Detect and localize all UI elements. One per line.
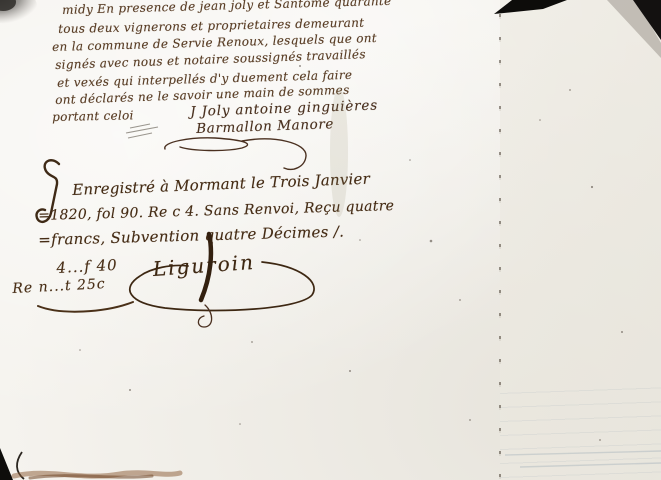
smudge-top-left (0, 0, 37, 24)
flourish-paraph (165, 138, 306, 169)
manuscript-scan: midy En presence de jean joly et Santome… (0, 0, 661, 480)
flourish-margin-underline (38, 302, 133, 312)
manuscript-line: portant celoi (52, 109, 134, 123)
margin-fee-note: 4...f 40 (56, 256, 118, 277)
margin-fee-note: Re n...t 25c (12, 276, 106, 297)
signature-party-two: Barmallon Manore (196, 116, 334, 137)
registration-line: Enregistré à Mormant le Trois Janvier (72, 170, 370, 199)
registration-line: =francs, Subvention quatre Décimes /. (38, 222, 344, 249)
registration-line: =1820, fol 90. Re c 4. Sans Renvoi, Reçu… (38, 198, 395, 224)
binding-stitch-fold (499, 14, 501, 480)
paper-texture-lines (500, 380, 661, 480)
ink-smear-bottom (14, 473, 180, 478)
corner-shadow-bottom-left (0, 448, 24, 480)
pencil-marks (126, 124, 158, 138)
manuscript-line: midy En presence de jean joly et Santome… (62, 0, 392, 16)
signature-registrar: Liguroin (152, 250, 256, 281)
